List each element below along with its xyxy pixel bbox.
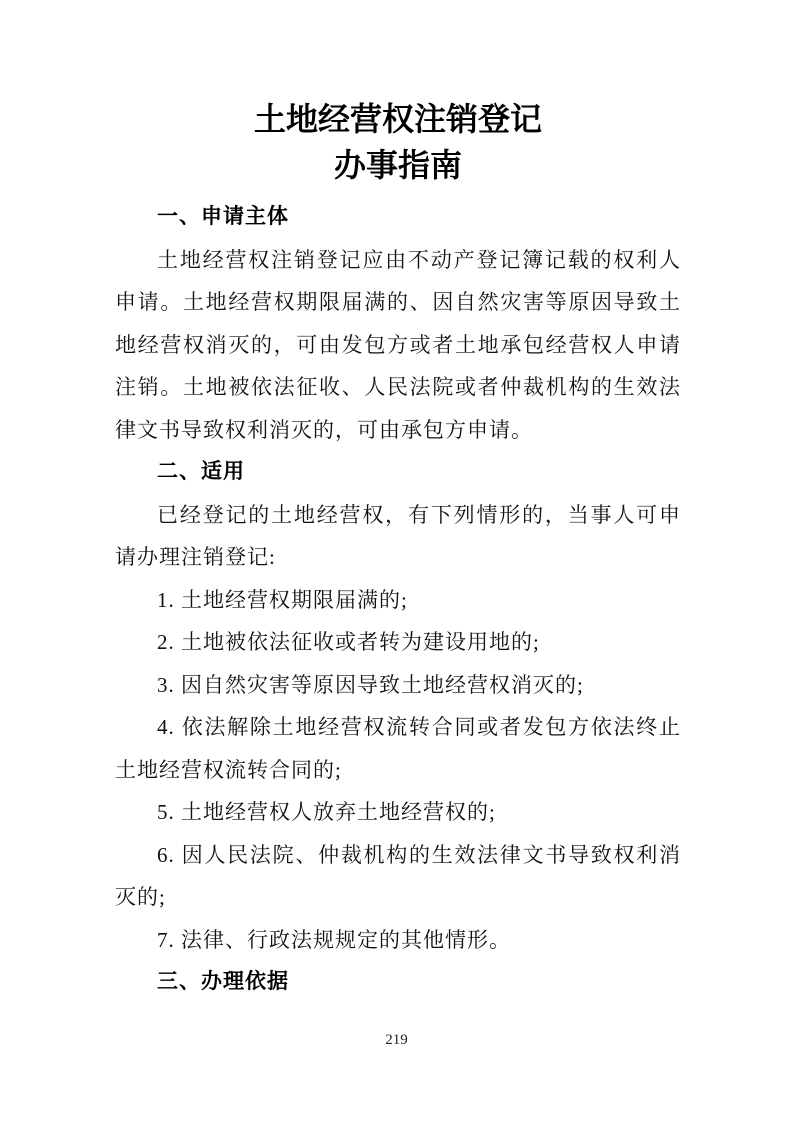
document-content: 土地经营权注销登记 办事指南 一、申请主体 土地经营权注销登记应由不动产登记簿记…: [115, 0, 681, 1004]
document-title: 土地经营权注销登记 办事指南: [115, 0, 681, 188]
list-item-3: 3. 因自然灾害等原因导致土地经营权消灭的;: [115, 664, 681, 707]
section-heading-2: 二、适用: [115, 451, 681, 494]
section-2-paragraph: 已经登记的土地经营权，有下列情形的，当事人可申请办理注销登记:: [115, 494, 681, 579]
list-item-7: 7. 法律、行政法规规定的其他情形。: [115, 919, 681, 962]
document-title-line-2: 办事指南: [115, 142, 681, 188]
list-item-4: 4. 依法解除土地经营权流转合同或者发包方依法终止土地经营权流转合同的;: [115, 706, 681, 791]
list-item-2: 2. 土地被依法征收或者转为建设用地的;: [115, 621, 681, 664]
document-page: 土地经营权注销登记 办事指南 一、申请主体 土地经营权注销登记应由不动产登记簿记…: [0, 0, 793, 1122]
document-body: 一、申请主体 土地经营权注销登记应由不动产登记簿记载的权利人申请。土地经营权期限…: [115, 196, 681, 1004]
section-heading-3: 三、办理依据: [115, 961, 681, 1004]
list-item-5: 5. 土地经营权人放弃土地经营权的;: [115, 791, 681, 834]
list-item-6: 6. 因人民法院、仲裁机构的生效法律文书导致权利消灭的;: [115, 834, 681, 919]
section-heading-1: 一、申请主体: [115, 196, 681, 239]
section-1-paragraph: 土地经营权注销登记应由不动产登记簿记载的权利人申请。土地经营权期限届满的、因自然…: [115, 239, 681, 452]
list-item-1: 1. 土地经营权期限届满的;: [115, 579, 681, 622]
page-number: 219: [0, 1032, 793, 1049]
title-spacer: [115, 188, 681, 196]
document-title-line-1: 土地经营权注销登记: [115, 96, 681, 142]
